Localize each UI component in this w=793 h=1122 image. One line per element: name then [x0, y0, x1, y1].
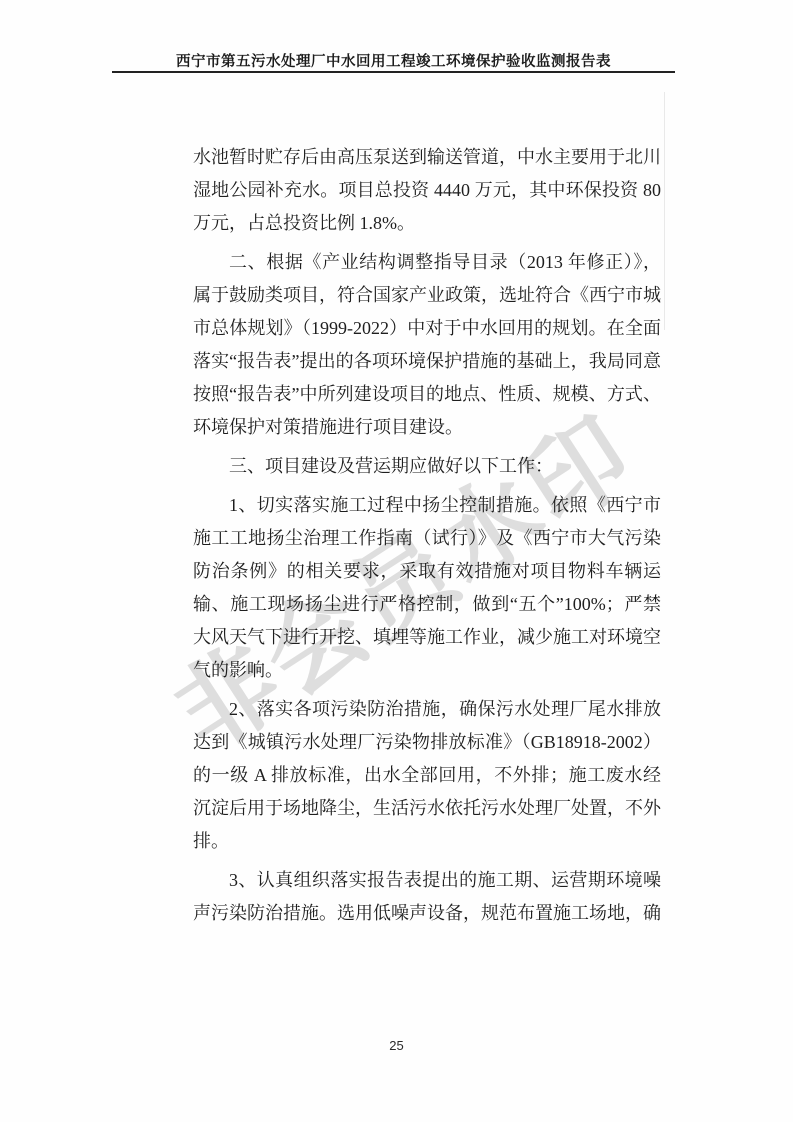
scanned-document-page: 非会员水印 西宁市第五污水处理厂中水回用工程竣工环境保护验收监测报告表 水池暂时… — [0, 0, 793, 1122]
document-body: 水池暂时贮存后由高压泵送到输送管道，中水主要用于北川湿地公园补充水。项目总投资 … — [193, 141, 661, 936]
scan-artifact-line — [664, 92, 665, 330]
body-paragraph-continuation: 水池暂时贮存后由高压泵送到输送管道，中水主要用于北川湿地公园补充水。项目总投资 … — [193, 141, 661, 240]
body-paragraph-section-3: 三、项目建设及营运期应做好以下工作： — [193, 450, 661, 483]
body-paragraph-item-3: 3、认真组织落实报告表提出的施工期、运营期环境噪声污染防治措施。选用低噪声设备，… — [193, 864, 661, 930]
page-number: 25 — [0, 1038, 793, 1053]
body-paragraph-item-2: 2、落实各项污染防治措施，确保污水处理厂尾水排放达到《城镇污水处理厂污染物排放标… — [193, 693, 661, 858]
body-paragraph-item-1: 1、切实落实施工过程中扬尘控制措施。依照《西宁市施工工地扬尘治理工作指南（试行）… — [193, 489, 661, 687]
header-rule — [112, 71, 675, 73]
body-paragraph-section-2: 二、根据《产业结构调整指导目录（2013 年修正）》，属于鼓励类项目，符合国家产… — [193, 246, 661, 444]
report-header-title: 西宁市第五污水处理厂中水回用工程竣工环境保护验收监测报告表 — [112, 50, 675, 71]
